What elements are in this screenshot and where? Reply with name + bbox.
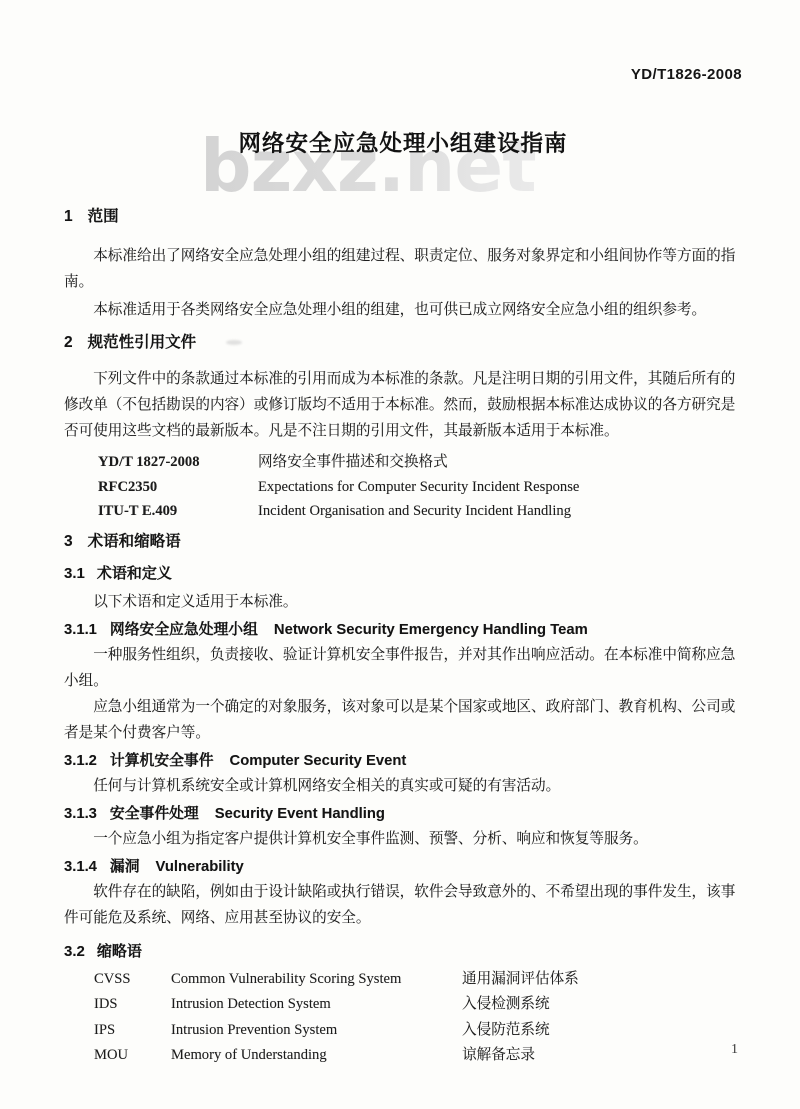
term-en: Security Event Handling [215, 806, 385, 822]
term-number: 3.1.3 [64, 803, 97, 826]
term-number: 3.1.1 [64, 619, 97, 642]
term-en: Vulnerability [156, 859, 244, 875]
abbreviation-english: Common Vulnerability Scoring System [171, 967, 462, 993]
term-3-1-1-heading: 3.1.1网络安全应急处理小组Network Security Emergenc… [64, 619, 742, 642]
terms-intro: 以下术语和定义适用于本标准。 [64, 589, 742, 615]
abbreviation-list: CVSS Common Vulnerability Scoring System… [94, 967, 742, 1069]
abbreviation-chinese: 入侵防范系统 [462, 1018, 742, 1044]
term-zh: 安全事件处理 [110, 806, 199, 822]
reference-row: YD/T 1827-2008 网络安全事件描述和交换格式 [98, 450, 742, 475]
paragraph: 本标准适用于各类网络安全应急处理小组的组建，也可供已成立网络安全应急小组的组织参… [64, 297, 742, 323]
abbreviation-english: Intrusion Detection System [171, 992, 462, 1018]
reference-row: ITU-T E.409 Incident Organisation and Se… [98, 499, 742, 524]
section-number: 1 [64, 206, 73, 228]
subsection-number: 3.2 [64, 941, 85, 963]
document-page: bzxz.net YD/T1826-2008 网络安全应急处理小组建设指南 1范… [0, 0, 800, 1109]
paragraph: 应急小组通常为一个确定的对象服务，该对象可以是某个国家或地区、政府部门、教育机构… [64, 694, 742, 746]
abbreviation-row: IPS Intrusion Prevention System 入侵防范系统 [94, 1018, 742, 1044]
page-number: 1 [731, 1042, 738, 1058]
paragraph: 软件存在的缺陷，例如由于设计缺陷或执行错误，软件会导致意外的、不希望出现的事件发… [64, 879, 742, 931]
abbreviation-english: Intrusion Prevention System [171, 1018, 462, 1044]
section-number: 2 [64, 332, 73, 354]
term-zh: 网络安全应急处理小组 [110, 622, 258, 638]
reference-title: Incident Organisation and Security Incid… [258, 499, 742, 524]
term-number: 3.1.2 [64, 750, 97, 773]
reference-code: ITU-T E.409 [98, 499, 258, 524]
section-title: 范围 [88, 208, 119, 225]
paragraph: 一种服务性组织，负责接收、验证计算机安全事件报告，并对其作出响应活动。在本标准中… [64, 642, 742, 694]
term-number: 3.1.4 [64, 856, 97, 879]
page-content: 网络安全应急处理小组建设指南 1范围 本标准给出了网络安全应急处理小组的组建过程… [0, 0, 800, 1069]
abbreviation: CVSS [94, 967, 171, 993]
section-1-heading: 1范围 [64, 206, 742, 228]
section-title: 术语和缩略语 [88, 533, 181, 550]
abbreviation-row: MOU Memory of Understanding 谅解备忘录 [94, 1043, 742, 1069]
subsection-title: 术语和定义 [97, 565, 172, 582]
section-title: 规范性引用文件 [88, 334, 197, 351]
abbreviation-chinese: 入侵检测系统 [462, 992, 742, 1018]
abbreviation-row: CVSS Common Vulnerability Scoring System… [94, 967, 742, 993]
reference-list: YD/T 1827-2008 网络安全事件描述和交换格式 RFC2350 Exp… [98, 450, 742, 524]
section-2-heading: 2规范性引用文件 [64, 332, 742, 354]
abbreviation-chinese: 谅解备忘录 [462, 1043, 742, 1069]
abbreviation: IPS [94, 1018, 171, 1044]
document-title: 网络安全应急处理小组建设指南 [64, 128, 742, 160]
abbreviation-row: IDS Intrusion Detection System 入侵检测系统 [94, 992, 742, 1018]
abbreviation: MOU [94, 1043, 171, 1069]
subsection-3-1-heading: 3.1术语和定义 [64, 563, 742, 585]
paragraph: 下列文件中的条款通过本标准的引用而成为本标准的条款。凡是注明日期的引用文件，其随… [64, 366, 742, 444]
term-3-1-4-heading: 3.1.4漏洞Vulnerability [64, 856, 742, 879]
abbreviation: IDS [94, 992, 171, 1018]
reference-row: RFC2350 Expectations for Computer Securi… [98, 475, 742, 500]
abbreviation-chinese: 通用漏洞评估体系 [462, 967, 742, 993]
subsection-number: 3.1 [64, 563, 85, 585]
paragraph: 本标准给出了网络安全应急处理小组的组建过程、职责定位、服务对象界定和小组间协作等… [64, 243, 742, 295]
subsection-3-2-heading: 3.2缩略语 [64, 941, 742, 963]
reference-code: RFC2350 [98, 475, 258, 500]
reference-title: Expectations for Computer Security Incid… [258, 475, 742, 500]
abbreviation-english: Memory of Understanding [171, 1043, 462, 1069]
term-3-1-3-heading: 3.1.3安全事件处理Security Event Handling [64, 803, 742, 826]
term-zh: 漏洞 [110, 859, 140, 875]
term-en: Computer Security Event [230, 753, 407, 769]
paragraph: 任何与计算机系统安全或计算机网络安全相关的真实或可疑的有害活动。 [64, 773, 742, 799]
term-3-1-2-heading: 3.1.2计算机安全事件Computer Security Event [64, 750, 742, 773]
reference-code: YD/T 1827-2008 [98, 450, 258, 475]
section-number: 3 [64, 531, 73, 553]
paragraph: 一个应急小组为指定客户提供计算机安全事件监测、预警、分析、响应和恢复等服务。 [64, 826, 742, 852]
section-3-heading: 3术语和缩略语 [64, 531, 742, 553]
reference-title: 网络安全事件描述和交换格式 [258, 450, 742, 475]
subsection-title: 缩略语 [97, 943, 142, 960]
term-zh: 计算机安全事件 [110, 753, 214, 769]
term-en: Network Security Emergency Handling Team [274, 622, 588, 638]
